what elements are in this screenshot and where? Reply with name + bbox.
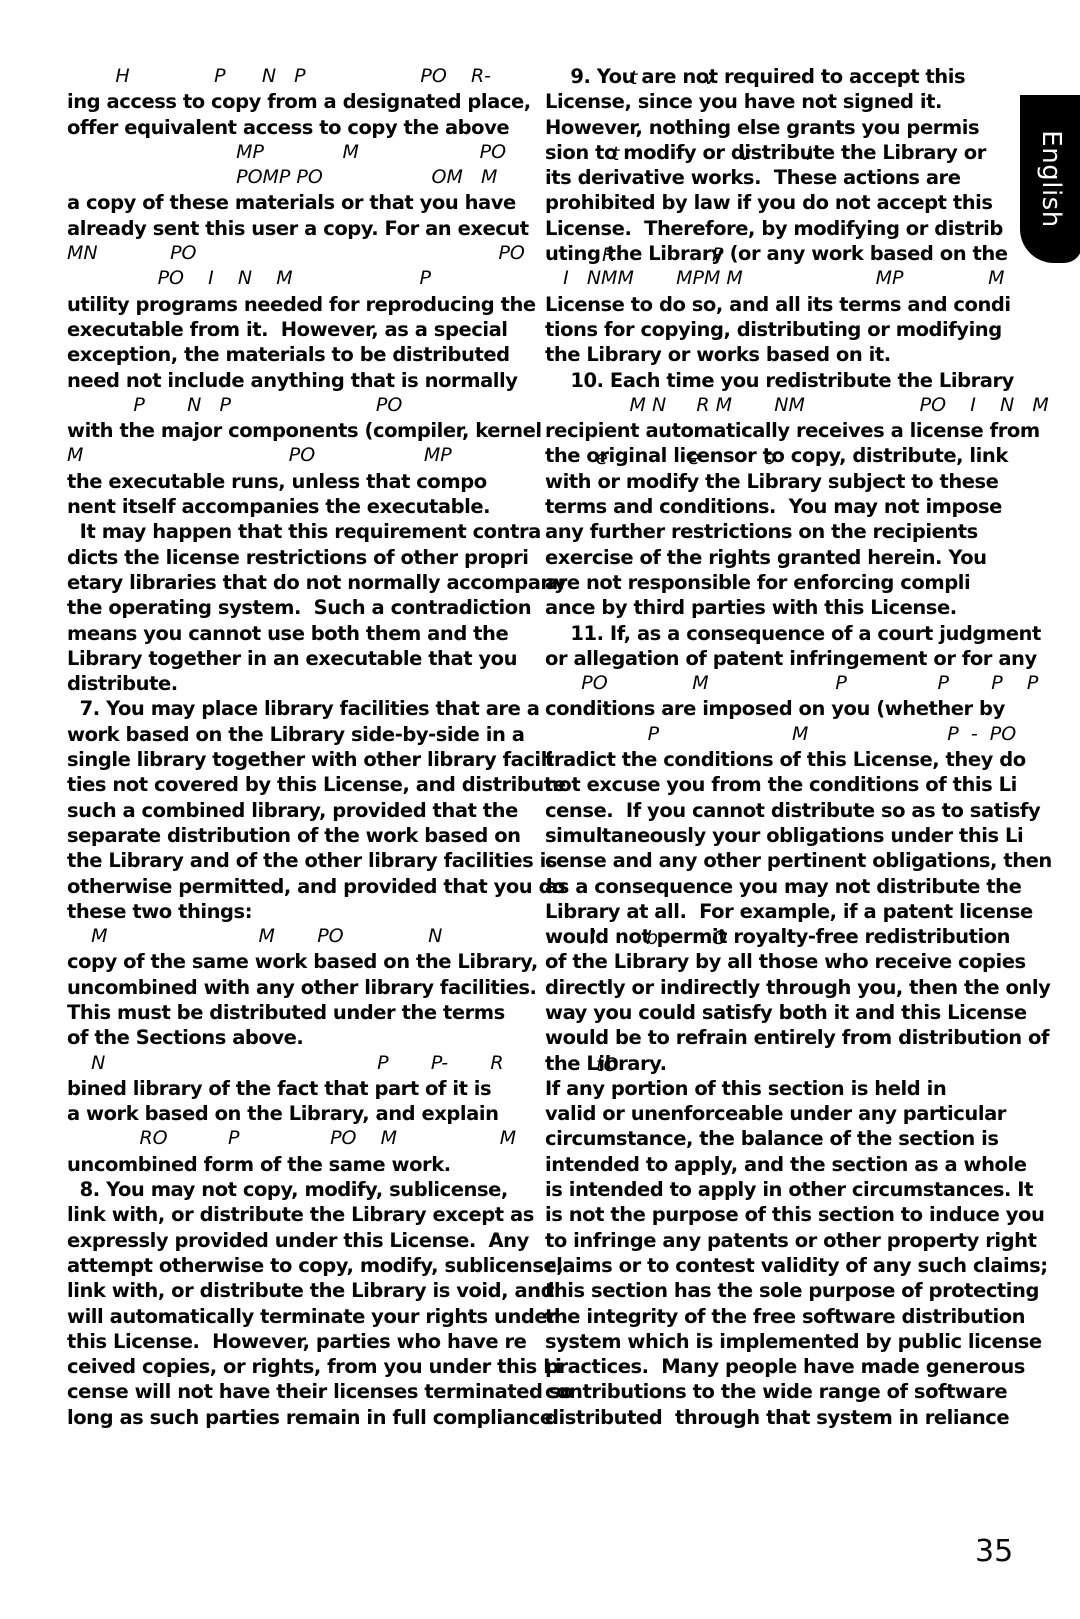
- text-line: P M P - PO: [545, 722, 1052, 747]
- text-line: not excuse you from the conditions of th…: [545, 772, 1052, 797]
- text-line: would not permit royalty-free redistribu…: [545, 924, 1052, 949]
- text-line: or allegation of patent infringement or …: [545, 646, 1052, 671]
- print-artifact-glyph: i: [806, 142, 811, 167]
- text-line: cense and any other pertinent obligation…: [545, 848, 1052, 873]
- text-line: offer equivalent access to copy the abov…: [67, 115, 573, 140]
- text-line: separate distribution of the work based …: [67, 823, 573, 848]
- text-line: POMP PO OM M: [67, 165, 573, 190]
- text-line: I NMM MPM M MP M: [545, 266, 1052, 291]
- text-line: distributed through that system in relia…: [545, 1405, 1052, 1430]
- text-line: MN PO PO: [67, 241, 573, 266]
- text-line: need not include anything that is normal…: [67, 368, 573, 393]
- text-line: ties not covered by this License, and di…: [67, 772, 573, 797]
- license-text-column-left: H P N P PO R-ing access to copy from a d…: [67, 64, 573, 1430]
- text-line: ing access to copy from a designated pla…: [67, 89, 573, 114]
- text-line: distribute.: [67, 671, 573, 696]
- text-line: system which is implemented by public li…: [545, 1329, 1052, 1354]
- license-text-column-right: 9. You are not required to accept thisLi…: [545, 64, 1052, 1430]
- text-line: are not responsible for enforcing compli: [545, 570, 1052, 595]
- text-line: valid or unenforceable under any particu…: [545, 1101, 1052, 1126]
- text-line: cense. If you cannot distribute so as to…: [545, 798, 1052, 823]
- text-line: etary libraries that do not normally acc…: [67, 570, 573, 595]
- text-line: single library together with other libra…: [67, 747, 573, 772]
- text-line: RO P PO M M: [67, 1126, 573, 1151]
- language-tab-english: English: [1020, 95, 1080, 263]
- print-artifact-glyph: b: [646, 926, 658, 951]
- text-line: uncombined with any other library facili…: [67, 975, 573, 1000]
- print-artifact-glyph: e: [596, 446, 608, 471]
- print-artifact-glyph: R: [602, 243, 615, 268]
- text-line: the Library.: [545, 1051, 1052, 1076]
- text-line: this License. However, parties who have …: [67, 1329, 573, 1354]
- text-line: attempt otherwise to copy, modify, subli…: [67, 1253, 573, 1278]
- print-artifact-glyph: t: [630, 66, 637, 91]
- text-line: contributions to the wide range of softw…: [545, 1379, 1052, 1404]
- text-line: conditions are imposed on you (whether b…: [545, 696, 1052, 721]
- text-line: cense will not have their licenses termi…: [67, 1379, 573, 1404]
- text-line: PO M P P P P: [545, 671, 1052, 696]
- text-line: Library at all. For example, if a patent…: [545, 899, 1052, 924]
- text-line: M N R M NM PO I N M: [545, 393, 1052, 418]
- text-line: This must be distributed under the terms: [67, 1000, 573, 1025]
- text-line: tions for copying, distributing or modif…: [545, 317, 1052, 342]
- page-number: 35: [975, 1534, 1013, 1569]
- text-line: is intended to apply in other circumstan…: [545, 1177, 1052, 1202]
- text-line: would be to refrain entirely from distri…: [545, 1025, 1052, 1050]
- text-line: work based on the Library side-by-side i…: [67, 722, 573, 747]
- text-line: with or modify the Library subject to th…: [545, 469, 1052, 494]
- text-line: 7. You may place library facilities that…: [67, 696, 573, 721]
- text-line: such a combined library, provided that t…: [67, 798, 573, 823]
- text-line: 8. You may not copy, modify, sublicense,: [67, 1177, 573, 1202]
- print-artifact-glyph: e: [688, 446, 700, 471]
- text-line: M M PO N: [67, 924, 573, 949]
- text-line: copy of the same work based on the Libra…: [67, 949, 573, 974]
- text-line: tradict the conditions of this License, …: [545, 747, 1052, 772]
- text-line: nent itself accompanies the executable.: [67, 494, 573, 519]
- text-line: its derivative works. These actions are: [545, 165, 1052, 190]
- text-line: a copy of these materials or that you ha…: [67, 190, 573, 215]
- text-line: If any portion of this section is held i…: [545, 1076, 1052, 1101]
- text-line: uting the Library (or any work based on …: [545, 241, 1052, 266]
- text-line: uncombined form of the same work.: [67, 1152, 573, 1177]
- text-line: 9. You are not required to accept this: [545, 64, 1052, 89]
- text-line: N P P- R: [67, 1051, 573, 1076]
- text-line: 11. If, as a consequence of a court judg…: [545, 621, 1052, 646]
- text-line: the operating system. Such a contradicti…: [67, 595, 573, 620]
- text-line: otherwise permitted, and provided that y…: [67, 874, 573, 899]
- text-line: License to do so, and all its terms and …: [545, 292, 1052, 317]
- text-line: exception, the materials to be distribut…: [67, 342, 573, 367]
- text-line: already sent this user a copy. For an ex…: [67, 216, 573, 241]
- text-line: link with, or distribute the Library is …: [67, 1278, 573, 1303]
- text-line: License, since you have not signed it.: [545, 89, 1052, 114]
- text-line: link with, or distribute the Library exc…: [67, 1202, 573, 1227]
- text-line: means you cannot use both them and the: [67, 621, 573, 646]
- print-artifact-glyph: tO: [596, 1053, 618, 1078]
- text-line: P N P PO: [67, 393, 573, 418]
- text-line: the Library or works based on it.: [545, 342, 1052, 367]
- text-line: However, nothing else grants you permis: [545, 115, 1052, 140]
- text-line: a work based on the Library, and explain: [67, 1101, 573, 1126]
- text-line: utility programs needed for reproducing …: [67, 292, 573, 317]
- text-line: Library together in an executable that y…: [67, 646, 573, 671]
- text-line: MP M PO: [67, 140, 573, 165]
- text-line: H P N P PO R-: [67, 64, 573, 89]
- print-artifact-glyph: v: [704, 66, 715, 91]
- text-line: prohibited by law if you do not accept t…: [545, 190, 1052, 215]
- print-artifact-glyph: P: [712, 243, 723, 268]
- text-line: with the major components (compiler, ker…: [67, 418, 573, 443]
- text-line: expressly provided under this License. A…: [67, 1228, 573, 1253]
- text-line: claims or to contest validity of any suc…: [545, 1253, 1052, 1278]
- text-line: any further restrictions on the recipien…: [545, 519, 1052, 544]
- text-line: dicts the license restrictions of other …: [67, 545, 573, 570]
- text-line: directly or indirectly through you, then…: [545, 975, 1052, 1000]
- text-line: these two things:: [67, 899, 573, 924]
- text-line: terms and conditions. You may not impose: [545, 494, 1052, 519]
- text-line: the executable runs, unless that compo: [67, 469, 573, 494]
- text-line: long as such parties remain in full comp…: [67, 1405, 573, 1430]
- text-line: License. Therefore, by modifying or dist…: [545, 216, 1052, 241]
- language-tab-label: English: [1036, 130, 1066, 227]
- text-line: M PO MP: [67, 443, 573, 468]
- text-line: circumstance, the balance of the section…: [545, 1126, 1052, 1151]
- text-line: simultaneously your obligations under th…: [545, 823, 1052, 848]
- text-line: this section has the sole purpose of pro…: [545, 1278, 1052, 1303]
- text-line: the original licensor to copy, distribut…: [545, 443, 1052, 468]
- text-line: executable from it. However, as a specia…: [67, 317, 573, 342]
- text-line: PO I N M P: [67, 266, 573, 291]
- print-artifact-glyph: v: [740, 142, 751, 167]
- text-line: practices. Many people have made generou…: [545, 1354, 1052, 1379]
- text-line: 10. Each time you redistribute the Libra…: [545, 368, 1052, 393]
- text-line: bined library of the fact that part of i…: [67, 1076, 573, 1101]
- text-line: will automatically terminate your rights…: [67, 1304, 573, 1329]
- text-line: intended to apply, and the section as a …: [545, 1152, 1052, 1177]
- print-artifact-glyph: o: [764, 446, 776, 471]
- text-line: of the Library by all those who receive …: [545, 949, 1052, 974]
- text-line: way you could satisfy both it and this L…: [545, 1000, 1052, 1025]
- text-line: the integrity of the free software distr…: [545, 1304, 1052, 1329]
- print-artifact-glyph: O: [712, 926, 727, 951]
- text-line: It may happen that this requirement cont…: [67, 519, 573, 544]
- print-artifact-glyph: t: [612, 142, 619, 167]
- text-line: ance by third parties with this License.: [545, 595, 1052, 620]
- text-line: as a consequence you may not distribute …: [545, 874, 1052, 899]
- text-line: of the Sections above.: [67, 1025, 573, 1050]
- text-line: recipient automatically receives a licen…: [545, 418, 1052, 443]
- text-line: ceived copies, or rights, from you under…: [67, 1354, 573, 1379]
- text-line: the Library and of the other library fac…: [67, 848, 573, 873]
- text-line: to infringe any patents or other propert…: [545, 1228, 1052, 1253]
- text-line: exercise of the rights granted herein. Y…: [545, 545, 1052, 570]
- print-artifact-glyph: l: [590, 926, 595, 951]
- text-line: is not the purpose of this section to in…: [545, 1202, 1052, 1227]
- manual-page: H P N P PO R-ing access to copy from a d…: [0, 0, 1080, 1619]
- text-line: sion to modify or distribute the Library…: [545, 140, 1052, 165]
